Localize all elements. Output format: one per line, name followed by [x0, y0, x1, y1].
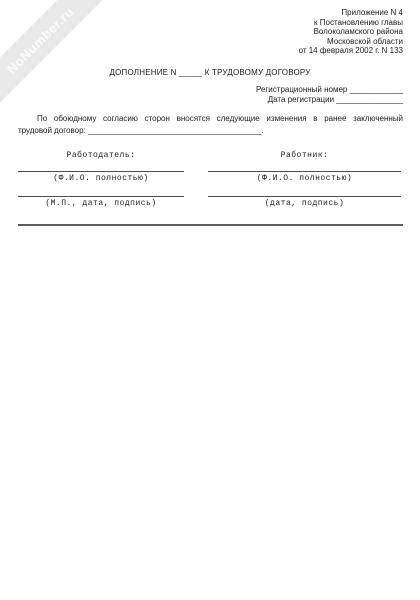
- appendix-header-line: Приложение N 4: [299, 8, 403, 18]
- watermark-text: NoNumber.ru: [4, 4, 77, 77]
- employer-column: Работодатель: (Ф.И.О. полностью) (М.П., …: [18, 151, 184, 208]
- appendix-header-line: Волоколамского района: [299, 27, 403, 37]
- employee-sign-signature-line: [208, 196, 401, 197]
- appendix-header-line: Московской области: [299, 37, 403, 47]
- employee-label: Работник:: [208, 151, 401, 160]
- agreement-paragraph-line2: трудовой договор: ______________________…: [18, 125, 403, 137]
- document-page: NoNumber.ru Приложение N 4 к Постановлен…: [0, 0, 420, 600]
- employee-fio-caption: (Ф.И.О. полностью): [208, 174, 401, 183]
- employer-label: Работодатель:: [18, 151, 184, 160]
- spacer: [208, 183, 401, 196]
- watermark-ribbon: NoNumber.ru: [0, 0, 106, 106]
- registration-number-line: Регистрационный номер ____________: [256, 85, 403, 95]
- appendix-header: Приложение N 4 к Постановлению главы Вол…: [299, 8, 403, 56]
- agreement-paragraph: По обоюдному согласию сторон вносятся сл…: [18, 113, 403, 137]
- employee-name-signature-line: [208, 171, 401, 172]
- employee-date-sign-caption: (дата, подпись): [208, 199, 401, 208]
- appendix-header-line: к Постановлению главы: [299, 18, 403, 28]
- registration-block: Регистрационный номер ____________ Дата …: [256, 85, 403, 105]
- separator-bar: [18, 224, 403, 226]
- spacer: [18, 183, 184, 196]
- employee-column: Работник: (Ф.И.О. полностью) (дата, подп…: [208, 151, 401, 208]
- agreement-paragraph-line1: По обоюдному согласию сторон вносятся сл…: [18, 113, 403, 125]
- employer-stamp-date-sign-caption: (М.П., дата, подпись): [18, 199, 184, 208]
- employer-fio-caption: (Ф.И.О. полностью): [18, 174, 184, 183]
- appendix-header-line: от 14 февраля 2002 г. N 133: [299, 46, 403, 56]
- employer-sign-signature-line: [18, 196, 184, 197]
- document-title: ДОПОЛНЕНИЕ N _____ К ТРУДОВОМУ ДОГОВОРУ: [0, 68, 420, 77]
- registration-date-line: Дата регистрации _______________: [256, 95, 403, 105]
- employer-name-signature-line: [18, 171, 184, 172]
